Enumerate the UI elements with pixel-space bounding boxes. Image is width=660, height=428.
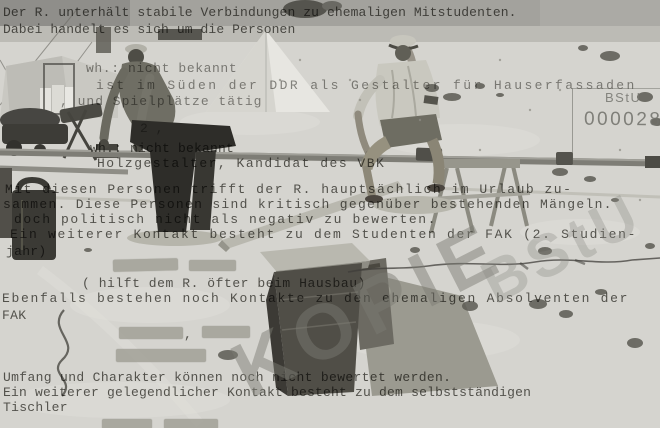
typed-fragment: , bbox=[184, 328, 192, 342]
typed-line: ist im Süden der DDR als Gestalter für H… bbox=[96, 79, 637, 93]
typed-line: FAK bbox=[2, 309, 26, 323]
typed-line: Tischler bbox=[3, 401, 68, 415]
typed-line: ( hilft dem R. öfter beim Hausbau) bbox=[82, 277, 366, 291]
redaction-bar bbox=[202, 326, 250, 338]
redaction-bar bbox=[116, 349, 206, 362]
redaction-bar bbox=[189, 260, 236, 271]
typed-line: , und Spielplätze tätig bbox=[60, 95, 262, 109]
typed-line: jahr) bbox=[6, 245, 47, 259]
bstu-page-number: 000028 bbox=[584, 109, 660, 132]
redaction-bar bbox=[119, 327, 183, 339]
typed-line: sammen. Diese Personen sind kritisch geg… bbox=[3, 198, 613, 212]
typed-line: Umfang und Charakter können noch nicht b… bbox=[3, 371, 451, 385]
typed-line: wh.: nicht bekannt bbox=[90, 142, 234, 156]
typed-line: Mit diesen Personen trifft der R. haupts… bbox=[5, 183, 572, 197]
redaction-bar bbox=[164, 419, 218, 428]
document-page: Der R. unterhält stabile Verbindungen zu… bbox=[0, 0, 660, 428]
typed-line: Holzgestalter, Kandidat des VBK bbox=[97, 157, 385, 171]
bstu-stamp-label: BStU bbox=[605, 90, 641, 105]
typed-line: Ebenfalls bestehen noch Kontakte zu den … bbox=[2, 292, 629, 306]
redaction-bar bbox=[113, 258, 178, 272]
redaction-bar bbox=[102, 419, 152, 428]
typed-line: wh.: nicht bekannt bbox=[86, 62, 237, 76]
typed-line: Dabei handelt es sich um die Personen bbox=[3, 23, 295, 37]
typed-line: Der R. unterhält stabile Verbindungen zu… bbox=[3, 6, 517, 20]
typed-fragment: 2 , bbox=[140, 122, 163, 136]
typed-line: doch politisch nicht als negativ zu bewe… bbox=[14, 213, 437, 227]
typed-line: Ein weiterer gelegendlicher Kontakt best… bbox=[3, 386, 531, 400]
typed-line: Ein weiterer Kontakt besteht zu dem Stud… bbox=[10, 228, 637, 242]
